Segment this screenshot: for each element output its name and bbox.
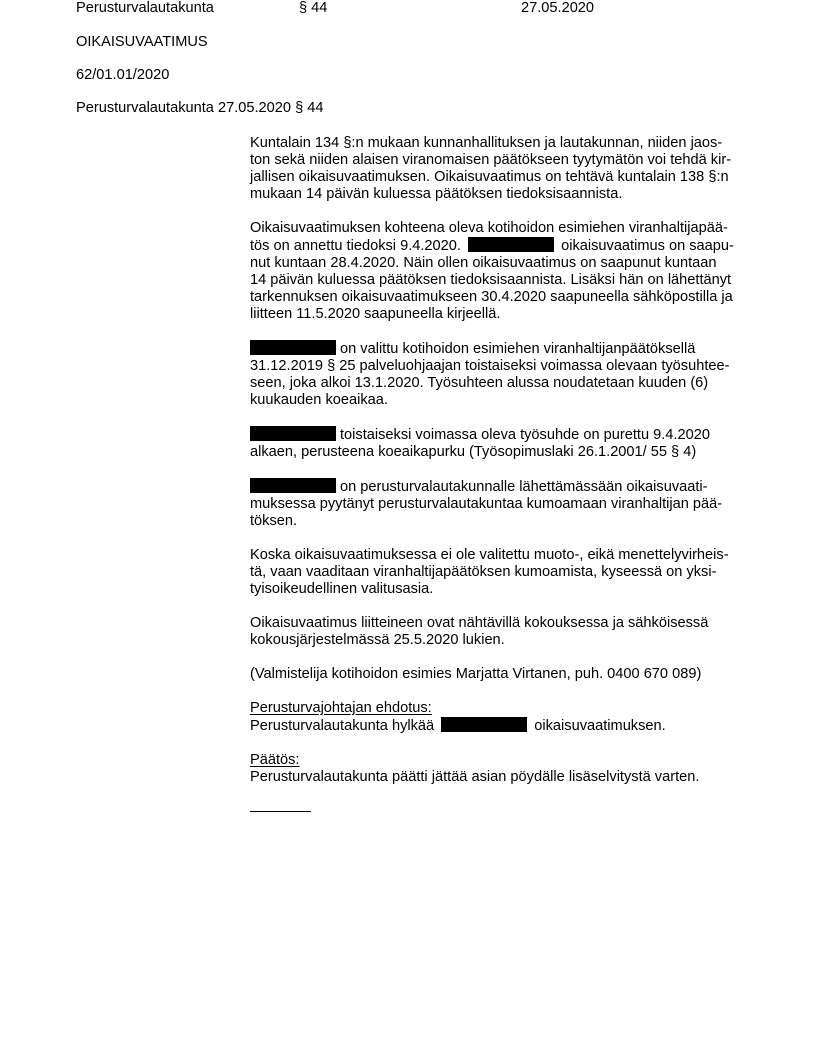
paragraph-preparer: (Valmistelija kotihoidon esimies Marjatt…	[250, 666, 740, 683]
paragraph-termination: toistaiseksi voimassa oleva työsuhde on …	[250, 426, 740, 461]
document-body: Kuntalain 134 §:n mukaan kunnanhallituks…	[250, 135, 740, 812]
header-section: § 44	[299, 0, 327, 17]
decision-section: Päätös: Perusturvalautakunta päätti jätt…	[250, 752, 740, 786]
meeting-reference: Perusturvalautakunta 27.05.2020 § 44	[76, 100, 323, 117]
paragraph-legal-nature: Koska oikaisuvaatimuksessa ei ole valite…	[250, 547, 740, 598]
decision-text: Perusturvalautakunta päätti jättää asian…	[250, 769, 740, 786]
redaction-box	[250, 478, 336, 493]
header-organization: Perusturvalautakunta	[76, 0, 214, 17]
decision-heading: Päätös:	[250, 752, 740, 769]
proposal-section: Perusturvajohtajan ehdotus: Perusturvala…	[250, 700, 740, 735]
redaction-box	[250, 426, 336, 441]
document-title: OIKAISUVAATIMUS	[76, 34, 208, 51]
redaction-box	[468, 237, 554, 252]
proposal-heading: Perusturvajohtajan ehdotus:	[250, 700, 740, 717]
paragraph-legal-basis: Kuntalain 134 §:n mukaan kunnanhallituks…	[250, 135, 740, 203]
header-date: 27.05.2020	[521, 0, 594, 17]
paragraph-appeal-timing: Oikaisuvaatimuksen kohteena oleva kotiho…	[250, 220, 740, 323]
paragraph-availability: Oikaisuvaatimus liitteineen ovat nähtävi…	[250, 615, 740, 649]
redaction-box	[441, 717, 527, 732]
end-rule	[250, 811, 311, 812]
paragraph-request: on perusturvalautakunnalle lähettämässää…	[250, 478, 740, 530]
paragraph-appointment: on valittu kotihoidon esimiehen viranhal…	[250, 340, 740, 409]
document-reference: 62/01.01/2020	[76, 67, 169, 84]
redaction-box	[250, 340, 336, 355]
